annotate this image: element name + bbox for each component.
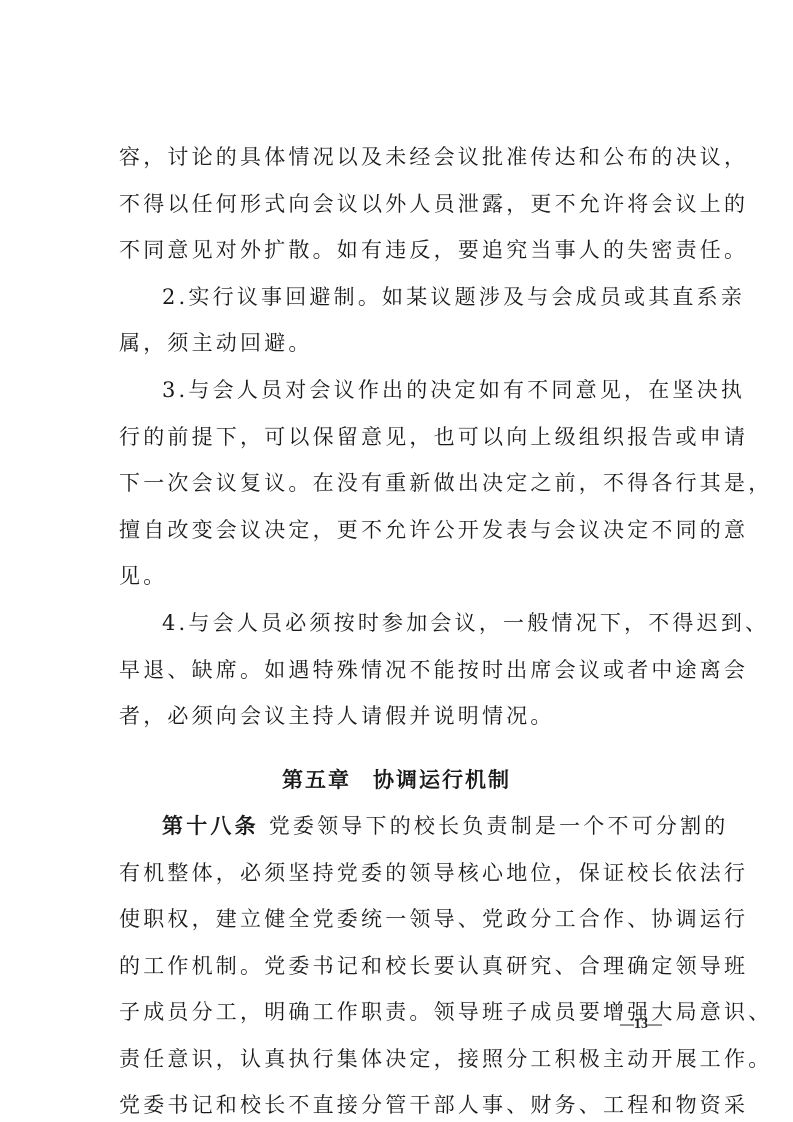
document-page: 容，讨论的具体情况以及未经会议批准传达和公布的决议， 不得以任何形式向会议以外人… — [0, 0, 793, 1122]
text-line: 行的前提下，可以保留意见，也可以向上级组织报告或申请 — [119, 423, 675, 451]
article-text: 党委领导下的校长负责制是一个不可分割的 — [269, 814, 729, 838]
text-line: 下一次会议复议。在没有重新做出决定之前，不得各行其是， — [119, 469, 675, 497]
text-line: 者，必须向会议主持人请假并说明情况。 — [119, 702, 675, 730]
text-line: 有机整体，必须坚持党委的领导核心地位，保证校长依法行 — [119, 859, 675, 887]
chapter-title: 协调运行机制 — [373, 768, 511, 792]
text-line: 的工作机制。党委书记和校长要认真研究、合理确定领导班 — [119, 952, 675, 980]
chapter-number: 第五章 — [282, 768, 351, 792]
page-number: —13— — [620, 1017, 662, 1033]
text-line: 见。 — [119, 562, 675, 590]
text-line: 子成员分工，明确工作职责。领导班子成员要增强大局意识、 — [119, 998, 675, 1026]
text-line-item-4: 4.与会人员必须按时参加会议，一般情况下，不得迟到、 — [162, 609, 675, 637]
text-line: 擅自改变会议决定，更不允许公开发表与会议决定不同的意 — [119, 516, 675, 544]
chapter-heading: 第五章协调运行机制 — [0, 766, 793, 794]
text-line: 不得以任何形式向会议以外人员泄露，更不允许将会议上的 — [119, 190, 675, 218]
text-line: 早退、缺席。如遇特殊情况不能按时出席会议或者中途离会 — [119, 656, 675, 684]
text-line: 责任意识，认真执行集体决定，接照分工积极主动开展工作。 — [119, 1045, 675, 1073]
text-line: 使职权，建立健全党委统一领导、党政分工合作、协调运行 — [119, 905, 675, 933]
text-line: 党委书记和校长不直接分管干部人事、财务、工程和物资采 — [119, 1091, 675, 1119]
article-first-line: 第十八条 党委领导下的校长负责制是一个不可分割的 — [162, 812, 675, 840]
text-line-item-3: 3.与会人员对会议作出的决定如有不同意见，在坚决执 — [162, 376, 675, 404]
text-line-item-2: 2.实行议事回避制。如某议题涉及与会成员或其直系亲 — [162, 283, 675, 311]
text-line: 属，须主动回避。 — [119, 329, 675, 357]
text-line: 不同意见对外扩散。如有违反，要追究当事人的失密责任。 — [119, 236, 675, 264]
article-label: 第十八条 — [162, 814, 259, 838]
text-line: 容，讨论的具体情况以及未经会议批准传达和公布的决议， — [119, 143, 675, 171]
